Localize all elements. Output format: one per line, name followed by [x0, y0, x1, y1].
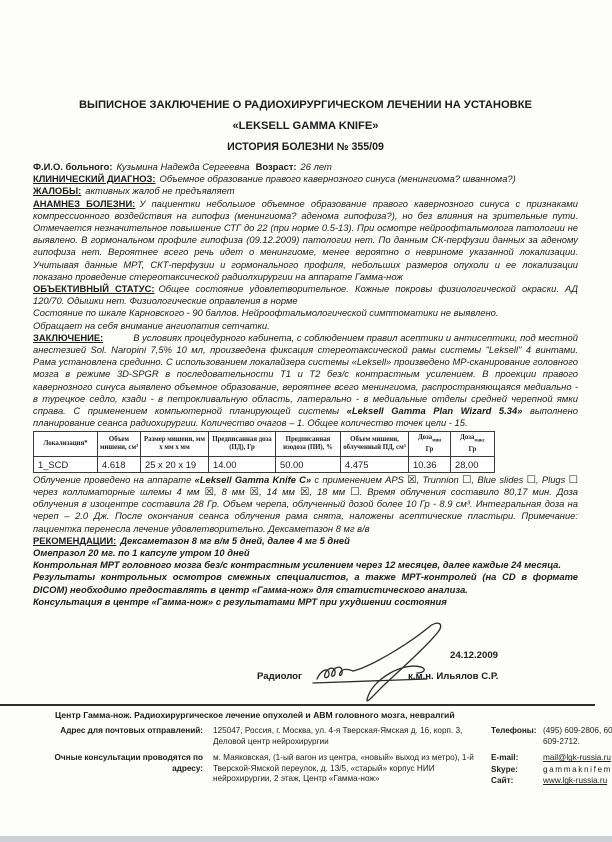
cell-prescribed-isodose: 50.00 [276, 456, 341, 472]
col-dose-min: ДозаминГр [409, 432, 451, 456]
phones-value: (495) 609-2806, 609-2541, 609-2712. [543, 726, 612, 747]
patient-line: Ф.И.О. больного:Кузьмина Надежда Сергеев… [33, 161, 578, 173]
col-localization: Локализация* [34, 432, 98, 456]
cell-target-volume: 4.618 [98, 456, 141, 472]
treatment-paragraph: Облучение проведено на аппарате «Leksell… [33, 474, 578, 535]
scan-edge-strip [0, 836, 612, 842]
helmet-14mm-checkbox-checked-icon: ☒ [300, 486, 309, 498]
plugs-checkbox-unchecked-icon: ☐ [569, 474, 578, 486]
phones-row: Телефоны: (495) 609-2806, 609-2541, 609-… [491, 726, 612, 747]
conclusion-paragraph: ЗАКЛЮЧЕНИЕ:В условиях процедурного кабин… [33, 332, 578, 430]
email-value: mail@lgk-russia.ru [543, 753, 611, 764]
recommendations-paragraph: РЕКОМЕНДАЦИИ:Дексаметазон 8 мг в/м 5 дне… [33, 535, 578, 547]
diagnosis-text: Объемное образование правого кавернозног… [160, 173, 516, 184]
conclusion-label: ЗАКЛЮЧЕНИЕ: [33, 332, 103, 343]
patient-age: 26 лет [301, 161, 332, 172]
gamma-knife-device-name: «Leksell Gamma Knife C» [195, 474, 312, 485]
skype-row: Skype: gammaknifemoscow [491, 765, 612, 776]
postal-address-label: Адрес для почтовых отправлений: [33, 726, 203, 748]
skype-value: gammaknifemoscow [543, 765, 612, 776]
treatment-text-8: , 14 мм [259, 486, 300, 497]
recommendation-omeprazole: Омепразол 20 мг. по 1 капсуле утром 10 д… [33, 547, 578, 559]
visit-address: м. Маяковская, (1-ый вагон из центра, «н… [213, 753, 481, 788]
dose-max-word: Доза [460, 434, 474, 441]
email-row: E-mail: mail@lgk-russia.ru [491, 753, 612, 764]
skype-label: Skype: [491, 765, 543, 776]
site-label: Сайт: [491, 776, 543, 787]
col-target-volume: Объем мишени, см³ [98, 432, 141, 456]
cell-prescribed-dose: 14.00 [209, 456, 276, 472]
status-paragraph: ОБЪЕКТИВНЫЙ СТАТУС:Общее состояние удовл… [33, 283, 578, 307]
status-angiopathy-line: Обращает на себя внимание ангиопатия сет… [33, 320, 578, 332]
cell-target-size: 25 x 20 x 19 [141, 456, 209, 472]
conclusion-text-1: В условиях процедурного кабинета, с собл… [33, 332, 578, 416]
treatment-text-7: , 8 мм [214, 486, 250, 497]
status-karnofsky-line: Состояние по шкале Карновского - 90 балл… [33, 307, 578, 319]
dose-table: Локализация* Объем мишени, см³ Размер ми… [33, 431, 495, 472]
cell-dose-min: 10.36 [409, 456, 451, 472]
dose-min-subscript: мин [432, 439, 441, 444]
patient-age-label: Возраст: [256, 161, 297, 172]
treatment-text-4: , Blue slides [471, 474, 526, 485]
footer-divider [0, 704, 595, 706]
status-label: ОБЪЕКТИВНЫЙ СТАТУС: [33, 283, 154, 294]
complaints-label: ЖАЛОБЫ: [33, 185, 81, 196]
aps-checkbox-checked-icon: ☒ [407, 474, 416, 486]
radiologist-label: Радиолог [257, 671, 302, 682]
patient-name-label: Ф.И.О. больного: [33, 161, 112, 172]
anamnesis-paragraph: АНАМНЕЗ БОЛЕЗНИ:У пациентки небольшое об… [33, 198, 578, 283]
postal-address: 125047, Россия, г. Москва, ул. 4-я Тверс… [213, 726, 481, 748]
treatment-text-2: с применением APS [311, 474, 407, 485]
patient-name: Кузьмина Надежда Сергеевна [116, 161, 249, 172]
diagnosis-paragraph: КЛИНИЧЕСКИЙ ДИАГНОЗ:Объемное образование… [33, 173, 578, 185]
helmet-18mm-checkbox-unchecked-icon: ☐ [350, 486, 359, 498]
treatment-text-9: , 18 мм [309, 486, 350, 497]
site-value: www.lgk-russia.ru [543, 776, 607, 787]
dose-min-word: Доза [418, 434, 432, 441]
dose-table-header-row: Локализация* Объем мишени, см³ Размер ми… [34, 432, 495, 456]
dose-min-unit: Гр [426, 446, 434, 453]
col-irradiated-volume: Объем мишени, облученный ПД, см³ [341, 432, 409, 456]
device-title: «LEKSELL GAMMA KNIFE» [33, 120, 578, 132]
signature-block: 24.12.2009 Радиолог к.м.н. Ильялов С.Р. [33, 628, 578, 702]
recommendation-dexamethasone: Дексаметазон 8 мг в/м 5 дней, далее 4 мг… [120, 535, 350, 546]
email-label: E-mail: [491, 753, 543, 764]
complaints-text: активных жалоб не предъявляет [85, 185, 234, 196]
planning-system-name: «Leksell Gamma Plan Wizard 5.34» [347, 405, 523, 416]
col-prescribed-dose: Предписанная доза (ПД), Гр [209, 432, 276, 456]
treatment-text-5: , Plugs [536, 474, 569, 485]
cell-localization: 1_SCD [34, 456, 98, 472]
recommendation-consultation: Консультация в центре «Гамма-нож» с резу… [33, 596, 578, 608]
anamnesis-text: У пациентки небольшое объемное образован… [33, 198, 578, 282]
anamnesis-label: АНАМНЕЗ БОЛЕЗНИ: [33, 198, 135, 209]
treatment-text-3: , Trunnion [417, 474, 462, 485]
recommendation-mri-control: Контрольная МРТ головного мозга без/с ко… [33, 559, 578, 571]
document-page: ВЫПИСНОЕ ЗАКЛЮЧЕНИЕ О РАДИОХИРУРГИЧЕСКОМ… [0, 0, 612, 842]
cell-dose-max: 28.00 [451, 456, 495, 472]
col-prescribed-isodose: Предписанная изодоза (ПИ), % [276, 432, 341, 456]
contact-block: Адрес для почтовых отправлений: 125047, … [33, 726, 578, 788]
treatment-text-6: через коллиматорные шлемы 4 мм [33, 486, 205, 497]
dose-max-subscript: макс [474, 439, 484, 444]
col-target-size: Размер мишени, мм х мм х мм [141, 432, 209, 456]
online-contacts: E-mail: mail@lgk-russia.ru Skype: gammak… [491, 753, 612, 788]
document-title: ВЫПИСНОЕ ЗАКЛЮЧЕНИЕ О РАДИОХИРУРГИЧЕСКОМ… [33, 99, 578, 111]
treatment-text-1: Облучение проведено на аппарате [33, 474, 195, 485]
diagnosis-label: КЛИНИЧЕСКИЙ ДИАГНОЗ: [33, 173, 156, 184]
dose-table-data-row: 1_SCD 4.618 25 x 20 x 19 14.00 50.00 4.4… [34, 456, 495, 472]
phones-label: Телефоны: [491, 726, 543, 747]
complaints-paragraph: ЖАЛОБЫ:активных жалоб не предъявляет [33, 185, 578, 197]
cell-irradiated-volume: 4.475 [341, 456, 409, 472]
recommendations-label: РЕКОМЕНДАЦИИ: [33, 535, 116, 546]
col-dose-max: ДозамаксГр [451, 432, 495, 456]
radiologist-name: к.м.н. Ильялов С.Р. [408, 671, 498, 682]
recommendation-results-submission: Результаты контрольных осмотров смежных … [33, 571, 578, 595]
signature-image [303, 622, 503, 714]
site-row: Сайт: www.lgk-russia.ru [491, 776, 612, 787]
visit-address-label: Очные консультации проводятся по адресу: [33, 753, 203, 788]
helmet-8mm-checkbox-checked-icon: ☒ [250, 486, 259, 498]
blue-slides-checkbox-unchecked-icon: ☐ [527, 474, 536, 486]
case-history-number: ИСТОРИЯ БОЛЕЗНИ № 355/09 [33, 141, 578, 153]
helmet-4mm-checkbox-checked-icon: ☒ [205, 486, 214, 498]
dose-max-unit: Гр [469, 446, 477, 453]
